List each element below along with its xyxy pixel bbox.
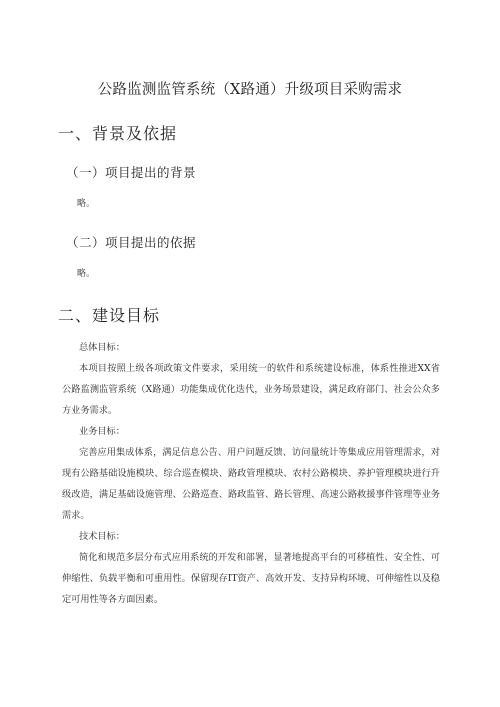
subsection-body-basis: 略。	[77, 266, 95, 279]
goal-text-overall: 本项目按照上级各项政策文件要求，采用统一的软件和系统建设标准，体系性推进XX省公…	[62, 358, 440, 421]
goal-text-business: 完善应用集成体系，满足信息公告、用户问题反馈、访问量统计等集成应用管理需求，对现…	[62, 442, 440, 526]
goal-label-overall: 总体目标：	[62, 337, 440, 358]
goal-label-business: 业务目标：	[62, 421, 440, 442]
goal-label-technical: 技术目标：	[62, 526, 440, 547]
section-heading-goals: 二、建设目标	[58, 303, 160, 326]
subsection-heading-basis: （二）项目提出的依据	[66, 233, 196, 251]
goals-body: 总体目标： 本项目按照上级各项政策文件要求，采用统一的软件和系统建设标准，体系性…	[62, 337, 440, 610]
section-heading-background: 一、背景及依据	[58, 121, 177, 144]
document-title: 公路监测监管系统（X路通）升级项目采购需求	[0, 78, 500, 99]
subsection-heading-background: （一）项目提出的背景	[66, 163, 196, 181]
goal-text-technical: 简化和规范多层分布式应用系统的开发和部署，显著地提高平台的可移植性、安全性、可伸…	[62, 547, 440, 610]
document-page: 公路监测监管系统（X路通）升级项目采购需求 一、背景及依据 （一）项目提出的背景…	[0, 0, 500, 707]
subsection-body-background: 略。	[77, 196, 95, 209]
